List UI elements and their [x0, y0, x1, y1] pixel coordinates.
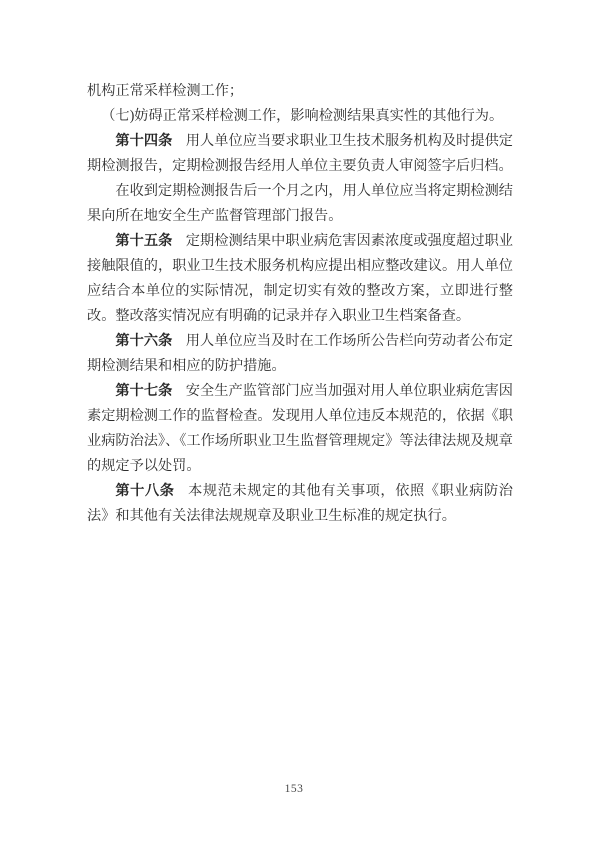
paragraph: 第十五条定期检测结果中职业病危害因素浓度或强度超过职业接触限值的，职业卫生技术服… — [87, 229, 513, 329]
paragraph: 第十七条安全生产监管部门应当加强对用人单位职业病危害因素定期检测工作的监督检查。… — [87, 379, 513, 479]
paragraph: 机构正常采样检测工作； — [87, 79, 513, 104]
document-page: 机构正常采样检测工作；（七)妨碍正常采样检测工作，影响检测结果真实性的其他行为。… — [0, 0, 600, 848]
article-number: 第十四条 — [115, 133, 172, 149]
paragraph: 第十六条用人单位应当及时在工作场所公告栏向劳动者公布定期检测结果和相应的防护措施… — [87, 329, 513, 379]
paragraph: 在收到定期检测报告后一个月之内，用人单位应当将定期检测结果向所在地安全生产监督管… — [87, 179, 513, 229]
article-number: 第十七条 — [115, 383, 172, 399]
paragraph-text: 机构正常采样检测工作； — [87, 83, 243, 99]
page-footer: 153 — [0, 783, 588, 795]
paragraph: （七)妨碍正常采样检测工作，影响检测结果真实性的其他行为。 — [87, 104, 513, 129]
paragraph: 第十八条本规范未规定的其他有关事项，依照《职业病防治法》和其他有关法律法规规章及… — [87, 479, 513, 529]
article-number: 第十五条 — [115, 233, 172, 249]
document-body: 机构正常采样检测工作；（七)妨碍正常采样检测工作，影响检测结果真实性的其他行为。… — [87, 79, 513, 529]
paragraph-text: 在收到定期检测报告后一个月之内，用人单位应当将定期检测结果向所在地安全生产监督管… — [87, 183, 513, 224]
article-number: 第十六条 — [115, 333, 172, 349]
paragraph: 第十四条用人单位应当要求职业卫生技术服务机构及时提供定期检测报告，定期检测报告经… — [87, 129, 513, 179]
page-number: 153 — [285, 783, 304, 795]
paragraph-text: （七)妨碍正常采样检测工作，影响检测结果真实性的其他行为。 — [101, 108, 503, 124]
article-number: 第十八条 — [115, 483, 174, 499]
